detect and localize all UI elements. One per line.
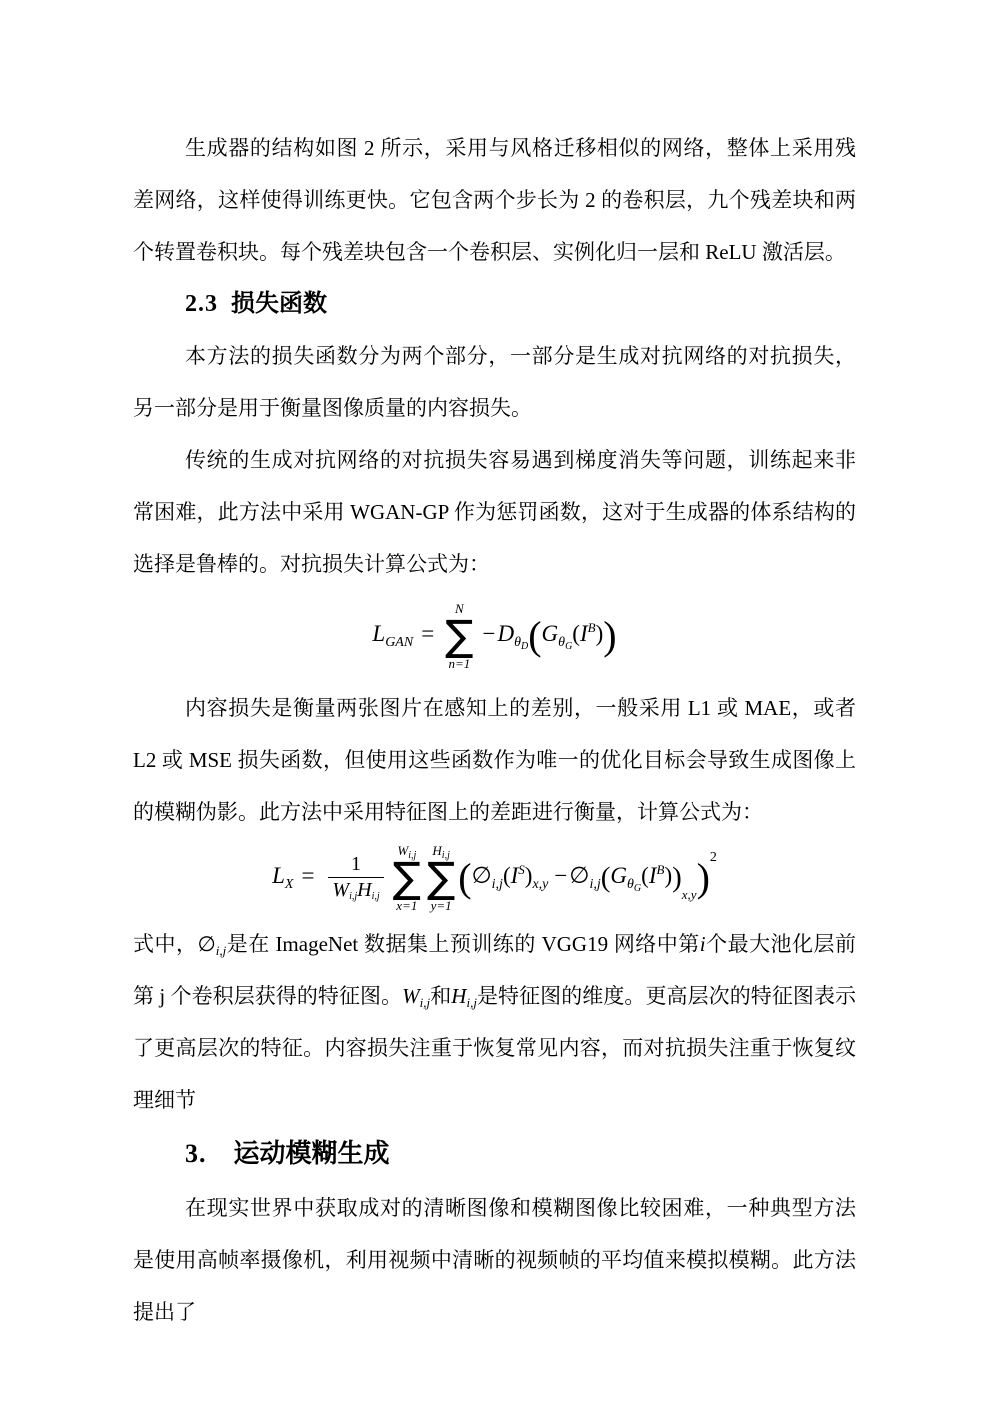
math-H-subscript: i,j: [466, 995, 476, 1010]
math-G-subscript: θG: [558, 635, 572, 650]
heading-motion-blur: 3.运动模糊生成: [133, 1126, 856, 1182]
fraction-denominator: Wi,jHi,j: [328, 877, 383, 902]
paren-open: (: [641, 863, 649, 888]
summation-y: Hi,j∑y=1: [427, 844, 455, 912]
text-segment: 和: [430, 984, 451, 1008]
math-L: L: [372, 621, 385, 646]
math-theta: θ: [627, 877, 634, 892]
paragraph-wgan-gp: 传统的生成对抗网络的对抗损失容易遇到梯度消失等问题，训练起来非常困难，此方法中采…: [133, 434, 856, 590]
minus-sign: −: [482, 621, 495, 646]
sigma-icon: ∑: [427, 859, 455, 897]
summation-lower-limit: y=1: [431, 899, 452, 912]
math-G: G: [542, 621, 559, 646]
mid-paren-close: ): [672, 861, 682, 893]
summation-lower-limit: n=1: [448, 657, 470, 670]
paren-close: ): [664, 863, 672, 888]
paragraph-motion-blur: 在现实世界中获取成对的清晰图像和模糊图像比较困难，一种典型方法是使用高帧率摄像机…: [133, 1182, 856, 1338]
paragraph-generator-structure: 生成器的结构如图 2 所示，采用与风格迁移相似的网络，整体上采用残差网络，这样使…: [133, 122, 856, 278]
math-xy-subscript: x,y: [682, 887, 697, 902]
math-theta: θ: [514, 635, 521, 650]
formula-adversarial-loss: LGAN=N∑n=1−DθD(GθG(IB)): [133, 590, 856, 682]
math-I: I: [580, 621, 588, 646]
paragraph-loss-parts: 本方法的损失函数分为两个部分，一部分是生成对抗网络的对抗损失，另一部分是用于衡量…: [133, 330, 856, 434]
math-D: D: [497, 621, 514, 646]
minus-sign: −: [554, 863, 567, 888]
fraction-numerator: 1: [351, 853, 361, 877]
math-L: L: [272, 863, 285, 888]
big-paren-close: ): [697, 855, 710, 900]
math-phi: ∅: [569, 863, 589, 888]
paren-open: (: [503, 863, 511, 888]
summation-lower-limit: x=1: [396, 899, 417, 912]
formula-line: LX=1Wi,jHi,jWi,j∑x=1Hi,j∑y=1(∅i,j(IS)x,y…: [272, 844, 717, 912]
math-W-subscript: i,j: [420, 995, 430, 1010]
math-phi: ∅: [472, 863, 492, 888]
math-phi-subscript: i,j: [589, 877, 600, 892]
document-page: 生成器的结构如图 2 所示，采用与风格迁移相似的网络，整体上采用残差网络，这样使…: [0, 0, 992, 1403]
sigma-icon: ∑: [393, 859, 421, 897]
paragraph-formula-explanation: 式中，∅i,j是在 ImageNet 数据集上预训练的 VGG19 网络中第i个…: [133, 918, 856, 1126]
heading-motion-title: 运动模糊生成: [234, 1139, 390, 1168]
heading-motion-number: 3.: [185, 1139, 207, 1168]
equals-sign: =: [421, 621, 434, 646]
math-W: W: [332, 879, 349, 901]
big-paren-open: (: [458, 855, 471, 900]
math-I-superscript: B: [588, 620, 596, 635]
math-H: H: [357, 879, 371, 901]
math-xy-subscript: x,y: [532, 877, 548, 892]
math-H: H: [451, 984, 466, 1008]
math-D-subscript: θD: [514, 635, 528, 650]
big-paren-close: ): [603, 613, 616, 658]
paragraph-content-loss: 内容损失是衡量两张图片在感知上的差别，一般采用 L1 或 MAE，或者 L2 或…: [133, 682, 856, 838]
heading-loss-number: 2.3: [185, 291, 218, 317]
formula-content-loss: LX=1Wi,jHi,jWi,j∑x=1Hi,j∑y=1(∅i,j(IS)x,y…: [133, 838, 856, 918]
math-power-exponent: 2: [710, 850, 717, 865]
math-G: G: [610, 863, 627, 888]
equals-sign: =: [301, 863, 314, 888]
heading-loss-title: 损失函数: [231, 291, 327, 317]
sigma-icon: ∑: [445, 617, 473, 655]
math-phi-subscript: i,j: [216, 943, 226, 958]
big-paren-open: (: [528, 613, 541, 658]
summation: N∑n=1: [445, 602, 473, 670]
math-phi: ∅: [197, 932, 215, 956]
math-phi-subscript: i,j: [492, 877, 503, 892]
math-W-subscript: i,j: [349, 891, 357, 902]
paren-open: (: [572, 621, 580, 646]
text-segment: 是在 ImageNet 数据集上预训练的 VGG19 网络中第: [226, 932, 700, 956]
heading-loss-function: 2.3损失函数: [133, 278, 856, 330]
fraction: 1Wi,jHi,j: [328, 853, 383, 902]
summation-x: Wi,j∑x=1: [393, 844, 421, 912]
mid-paren-open: (: [601, 861, 611, 893]
math-H-subscript: i,j: [372, 891, 380, 902]
formula-line: LGAN=N∑n=1−DθD(GθG(IB)): [372, 602, 616, 670]
math-L-subscript: GAN: [385, 635, 413, 650]
text-segment: 式中，: [133, 932, 197, 956]
math-G-subscript: θG: [627, 877, 641, 892]
math-W: W: [402, 984, 420, 1008]
math-L-subscript: X: [285, 877, 294, 892]
